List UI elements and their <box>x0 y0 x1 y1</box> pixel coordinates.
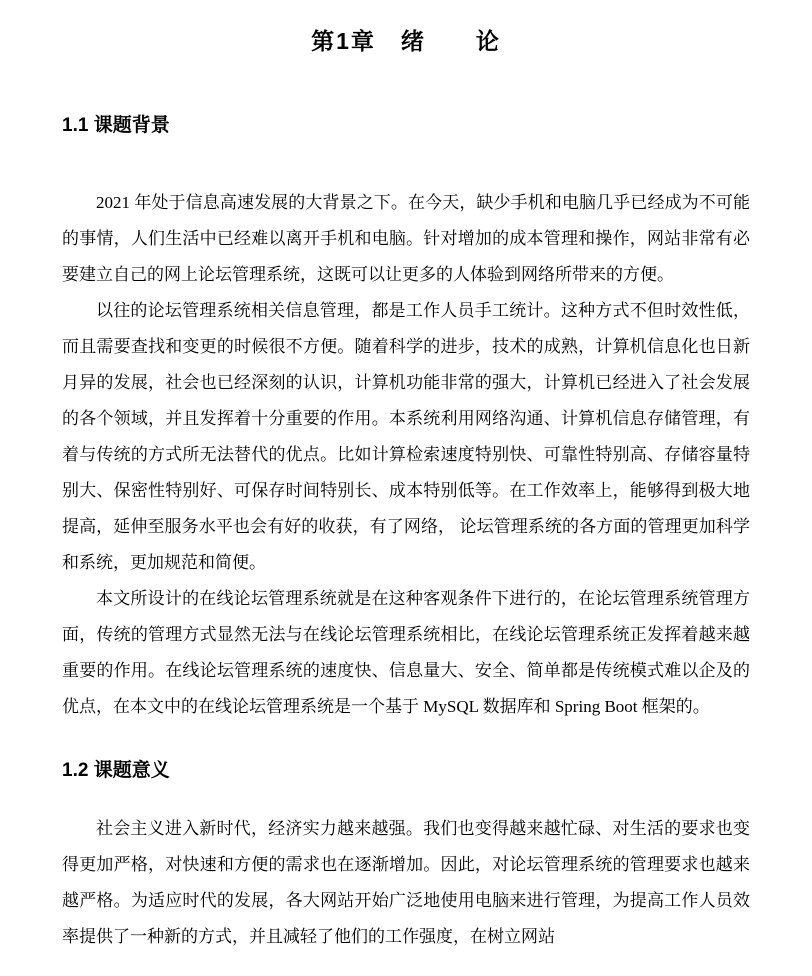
paragraph-significance-1: 社会主义进入新时代，经济实力越来越强。我们也变得越来越忙碌、对生活的要求也变得更… <box>62 811 750 955</box>
document-page: 第1章 绪 论 1.1 课题背景 2021 年处于信息高速发展的大背景之下。在今… <box>0 0 812 976</box>
section-heading-1-1: 1.1 课题背景 <box>62 112 750 140</box>
section-heading-1-2: 1.2 课题意义 <box>62 757 750 785</box>
paragraph-background-2: 以往的论坛管理系统相关信息管理，都是工作人员手工统计。这种方式不但时效性低，而且… <box>62 293 750 581</box>
paragraph-background-1: 2021 年处于信息高速发展的大背景之下。在今天，缺少手机和电脑几乎已经成为不可… <box>62 185 750 293</box>
paragraph-background-3: 本文所设计的在线论坛管理系统就是在这种客观条件下进行的，在论坛管理系统管理方面，… <box>62 581 750 725</box>
chapter-title: 第1章 绪 论 <box>62 26 750 56</box>
